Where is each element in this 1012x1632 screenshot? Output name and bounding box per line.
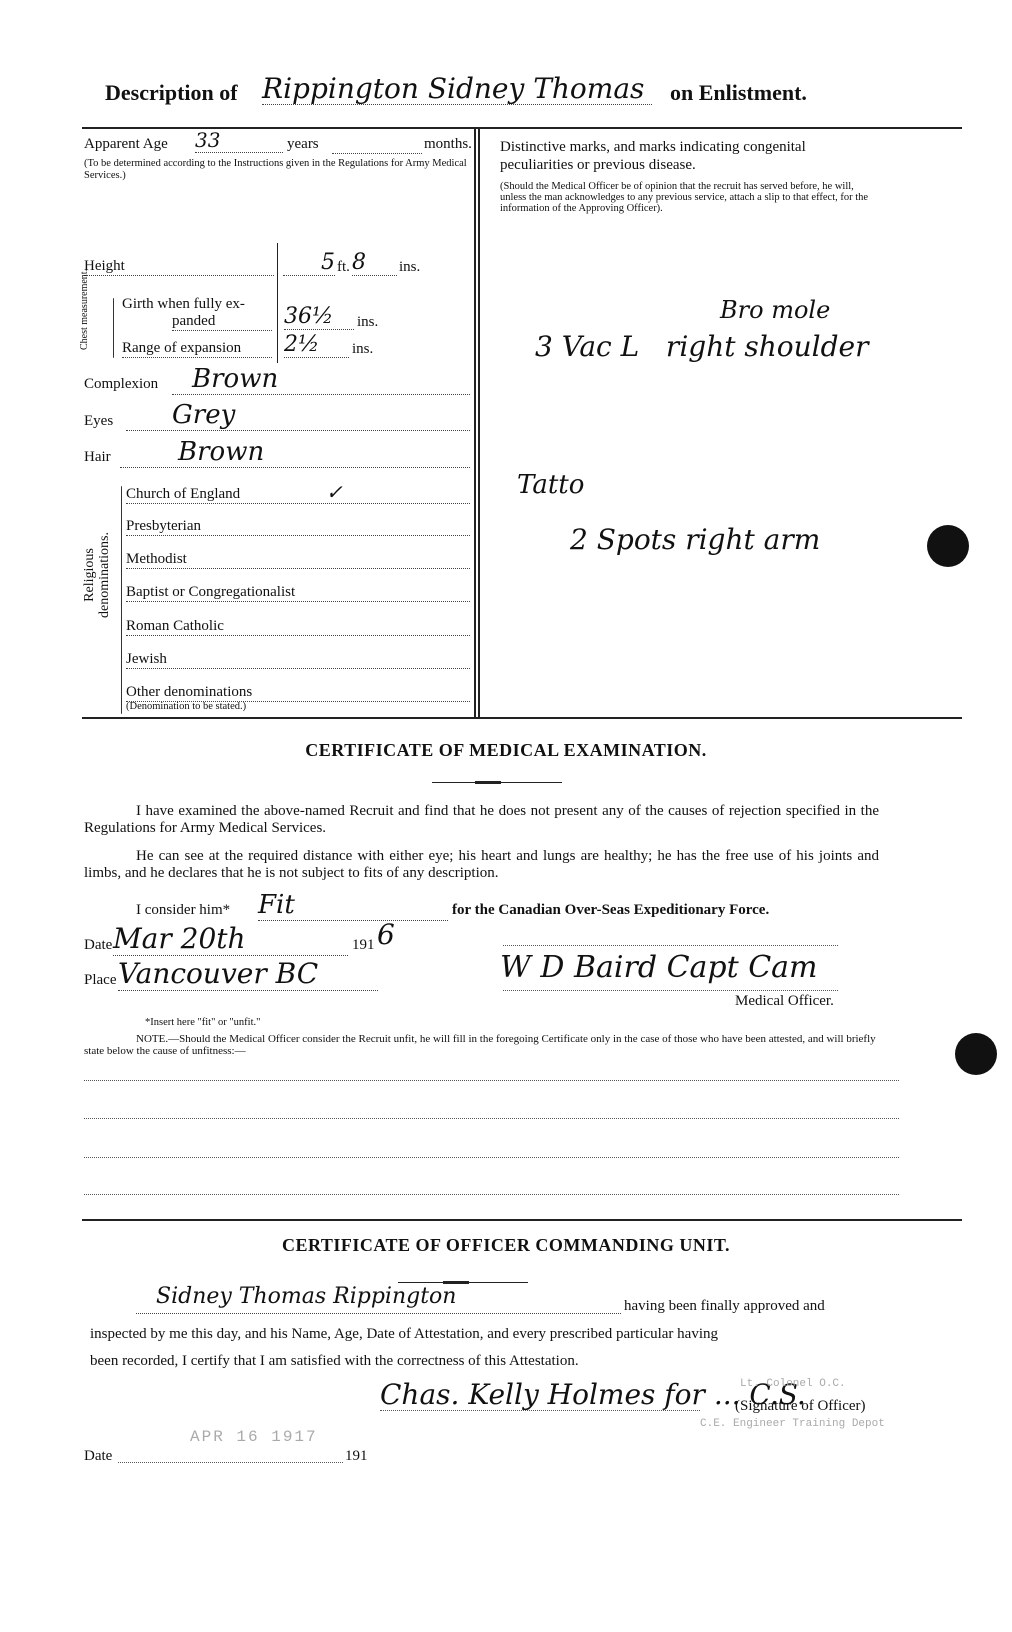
consider-prefix: I consider him*: [136, 902, 230, 919]
girth-label-line2: panded: [172, 313, 272, 331]
section-rule: [82, 1219, 962, 1221]
header-prefix: Description of: [105, 80, 238, 106]
officer-stamp-line-1: Lt. Colonel O.C.: [740, 1378, 846, 1390]
consider-suffix: for the Canadian Over-Seas Expeditionary…: [452, 902, 769, 919]
distinctive-marks-note: (Should the Medical Officer be of opinio…: [500, 181, 880, 214]
marks-line-3: 2 Spots right arm: [570, 523, 820, 556]
title-ornament: [475, 781, 501, 784]
complexion-field: Brown: [172, 364, 470, 395]
unfitness-line-4[interactable]: [84, 1194, 899, 1195]
apparent-age-label: Apparent Age: [84, 136, 168, 153]
distinctive-marks-heading: Distinctive marks, and marks indicating …: [500, 138, 880, 174]
height-inches-field: 8: [352, 250, 397, 276]
medical-date-field: Mar 20th: [113, 922, 348, 956]
apparent-age-months-field: [332, 136, 422, 154]
commanding-certificate-title: CERTIFICATE OF OFFICER COMMANDING UNIT.: [0, 1235, 1012, 1256]
religion-option[interactable]: Other denominations: [126, 684, 470, 702]
feet-label: ft.: [337, 259, 350, 276]
fitness-field: Fit: [258, 890, 448, 921]
unfitness-line-3[interactable]: [84, 1157, 899, 1158]
chest-measurement-label: Chest measurement.: [80, 290, 90, 350]
year-prefix: 191: [352, 937, 375, 954]
unfitness-line-2[interactable]: [84, 1118, 899, 1119]
marks-superscript: Bro mole: [720, 296, 830, 324]
co-date-label: Date: [84, 1448, 112, 1465]
approval-line-2: inspected by me this day, and his Name, …: [90, 1326, 880, 1343]
religion-option[interactable]: Baptist or Congregationalist: [126, 584, 470, 602]
inches-label: ins.: [399, 259, 420, 276]
religion-option[interactable]: Methodist: [126, 551, 470, 569]
religious-denominations-label: Religious denominations.: [82, 490, 112, 660]
recruit-name-field-co: Sidney Thomas Rippington: [136, 1284, 621, 1314]
medical-officer-signature: W D Baird Capt Cam: [500, 950, 818, 985]
unfit-note: NOTE.—Should the Medical Officer conside…: [84, 1033, 894, 1057]
religion-option-label: Baptist or Congregationalist: [126, 584, 295, 600]
place-label: Place: [84, 972, 116, 989]
medical-para-2: He can see at the required distance with…: [84, 848, 879, 882]
header-suffix: on Enlistment.: [670, 80, 807, 106]
girth-unit: ins.: [357, 314, 378, 331]
years-label: years: [287, 136, 319, 153]
place-field: Vancouver BC: [118, 957, 378, 991]
officer-stamp-line-2: C.E. Engineer Training Depot: [700, 1418, 885, 1430]
religion-option-label: Jewish: [126, 651, 167, 667]
girth-value-field: 36½: [284, 304, 354, 330]
section-rule: [82, 717, 962, 719]
recruit-name-field: Rippington Sidney Thomas: [262, 72, 652, 105]
column-divider: [478, 127, 480, 717]
medical-para-1: I have examined the above-named Recruit …: [84, 803, 879, 837]
hair-label: Hair: [84, 449, 111, 466]
co-signature-caption: (Signature of Officer): [735, 1398, 866, 1415]
height-feet-field: 5: [283, 250, 335, 276]
fit-footnote: *Insert here "fit" or "unfit.": [145, 1017, 260, 1029]
approval-line-1: having been finally approved and: [624, 1298, 825, 1315]
co-date-field[interactable]: [118, 1462, 343, 1463]
religion-check-mark: ✓: [326, 480, 343, 504]
chest-brace: [113, 298, 114, 358]
religion-option[interactable]: Roman Catholic: [126, 618, 470, 636]
date-label: Date: [84, 937, 112, 954]
medical-officer-caption: Medical Officer.: [735, 993, 834, 1010]
unfitness-line-1[interactable]: [84, 1080, 899, 1081]
religion-brace: [121, 486, 122, 714]
medical-certificate-title: CERTIFICATE OF MEDICAL EXAMINATION.: [0, 740, 1012, 761]
measure-divider: [277, 243, 278, 363]
other-denomination-note: (Denomination to be stated.): [126, 701, 246, 713]
punch-hole: [927, 525, 969, 567]
range-unit: ins.: [352, 341, 373, 358]
eyes-label: Eyes: [84, 413, 113, 430]
approval-line-3: been recorded, I certify that I am satis…: [90, 1353, 880, 1370]
complexion-label: Complexion: [84, 376, 158, 393]
co-year-prefix: 191: [345, 1448, 368, 1465]
column-divider: [474, 127, 476, 717]
hair-field: Brown: [120, 437, 470, 468]
apparent-age-years-field: 33: [195, 128, 283, 153]
eyes-field: Grey: [126, 400, 470, 431]
medical-year-field: 6: [377, 918, 395, 951]
height-label: Height: [84, 258, 274, 276]
religion-option[interactable]: Presbyterian: [126, 518, 470, 536]
range-label: Range of expansion: [122, 340, 272, 358]
religion-option-label: Church of England: [126, 486, 240, 502]
signature-line: [503, 945, 838, 946]
months-label: months.: [424, 136, 472, 153]
range-value-field: 2½: [284, 332, 349, 358]
religion-option-label: Roman Catholic: [126, 618, 224, 634]
religion-option-label: Presbyterian: [126, 518, 201, 534]
marks-line-1: 3 Vac L right shoulder: [535, 330, 869, 363]
received-date-stamp: APR 16 1917: [190, 1428, 318, 1446]
religion-option[interactable]: Church of England✓: [126, 486, 470, 504]
signature-line: [503, 990, 838, 991]
age-instruction-note: (To be determined according to the Instr…: [84, 158, 469, 182]
punch-hole: [955, 1033, 997, 1075]
religion-option-label: Methodist: [126, 551, 187, 567]
religion-option[interactable]: Jewish: [126, 651, 470, 669]
girth-label-line1: Girth when fully ex-: [122, 296, 245, 313]
religion-option-label: Other denominations: [126, 684, 252, 700]
marks-line-2: Tatto: [517, 470, 584, 500]
